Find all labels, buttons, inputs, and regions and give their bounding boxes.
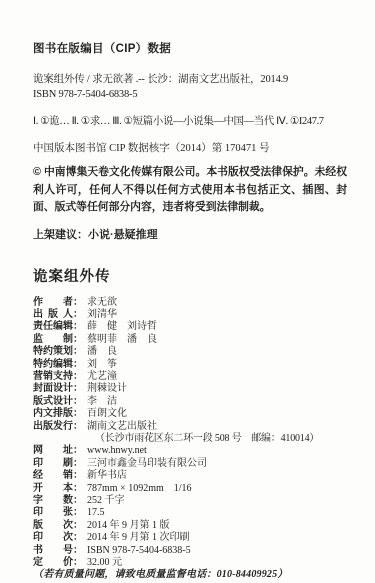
quality-hotline-note: （若有质量问题，请致电质量监督电话：010-84409925）	[33, 569, 347, 581]
colophon-value: 252 千字	[87, 495, 125, 506]
colophon-label: 印刷	[33, 458, 73, 470]
colophon-row-printer: 印刷：三河市鑫金马印装有限公司	[33, 458, 347, 470]
colophon-row-marketing: 营销支持：尤艺潼	[33, 371, 347, 383]
colophon-label: 出版人	[33, 309, 73, 321]
colophon-row-sheets: 印张：17.5	[33, 507, 347, 519]
colophon-value: 蔡明菲 潘 良	[87, 334, 157, 345]
colophon-value: 求无欲	[87, 297, 117, 308]
colophon-row-publisher: 出版发行：湖南文艺出版社	[33, 421, 347, 433]
colophon-value: 787mm × 1092mm 1/16	[87, 483, 192, 494]
colon: ：	[73, 483, 83, 494]
colophon-label: 书号	[33, 545, 73, 557]
colophon-value: 李 洁	[87, 396, 117, 407]
colophon-row-layout-design: 版式设计：李 洁	[33, 396, 347, 408]
cip-isbn-line: ISBN 978-7-5404-6838-5	[33, 88, 347, 103]
colophon-label: 版次	[33, 520, 73, 532]
copyright-page: 图书在版编目（CIP）数据 诡案组外传 / 求无欲著 .-- 长沙：湖南文艺出版…	[0, 0, 375, 583]
colophon-value: 2014 年 9 月第 1 版	[87, 520, 170, 531]
colon: ：	[73, 297, 83, 308]
colophon-label: 印次	[33, 532, 73, 544]
colophon-value: www.hnwy.net	[87, 445, 147, 456]
colophon-label: 出版发行	[33, 421, 73, 433]
colophon-row-cover-design: 封面设计：荆棘设计	[33, 383, 347, 395]
colophon-label: 特约策划	[33, 346, 73, 358]
colon: ：	[73, 445, 83, 456]
colon: ：	[73, 557, 83, 568]
colophon-value: 薛 健 刘诗哲	[87, 321, 157, 332]
colophon-value: ISBN 978-7-5404-6838-5	[87, 545, 191, 556]
book-title: 诡案组外传	[33, 265, 347, 286]
colophon-value: 17.5	[87, 507, 105, 518]
colophon-row-isbn: 书号：ISBN 978-7-5404-6838-5	[33, 545, 347, 557]
colophon-value: 潘 良	[87, 346, 117, 357]
colophon: 作者：求无欲 出版人：刘清华 责任编辑：薛 健 刘诗哲 监制：蔡明菲 潘 良 特…	[33, 297, 347, 582]
colon: ：	[73, 371, 83, 382]
colophon-row-typesetting: 内文排版：百朗文化	[33, 408, 347, 420]
colon: ：	[73, 520, 83, 531]
colon: ：	[73, 334, 83, 345]
colon: ：	[73, 421, 83, 432]
colophon-label: 版式设计	[33, 396, 73, 408]
colophon-value: 2014 年 9 月第 1 次印刷	[87, 532, 190, 543]
colophon-row-format: 开本：787mm × 1092mm 1/16	[33, 483, 347, 495]
colophon-label: 监制	[33, 334, 73, 346]
colophon-row-word-count: 字数：252 千字	[33, 495, 347, 507]
cip-entry-line: 诡案组外传 / 求无欲著 .-- 长沙：湖南文艺出版社，2014.9	[33, 73, 347, 88]
colophon-label: 作者	[33, 297, 73, 309]
colophon-row-publisher-person: 出版人：刘清华	[33, 309, 347, 321]
publisher-address: （长沙市雨花区东二环一段 508 号 邮编：410014）	[33, 433, 347, 445]
colophon-row-author: 作者：求无欲	[33, 297, 347, 309]
colophon-value: 湖南文艺出版社	[87, 421, 157, 432]
colon: ：	[73, 545, 83, 556]
colophon-row-printing: 印次：2014 年 9 月第 1 次印刷	[33, 532, 347, 544]
colophon-label: 网址	[33, 445, 73, 457]
colon: ：	[73, 507, 83, 518]
shelf-suggestion: 上架建议：小说·悬疑推理	[33, 226, 347, 242]
colophon-row-price: 定价：32.00 元	[33, 557, 347, 569]
colophon-label: 定价	[33, 557, 73, 569]
cip-classification: Ⅰ. ①诡… Ⅱ. ①求… Ⅲ. ①短篇小说—小说集—中国—当代 Ⅳ. ①I24…	[33, 113, 347, 128]
colon: ：	[73, 383, 83, 394]
colophon-row-special-editor: 特约编辑：刘 筝	[33, 359, 347, 371]
colophon-row-supervisor: 监制：蔡明菲 潘 良	[33, 334, 347, 346]
colophon-row-editor: 责任编辑：薛 健 刘诗哲	[33, 321, 347, 333]
colon: ：	[73, 408, 83, 419]
colophon-value: 刘清华	[87, 309, 117, 320]
colophon-label: 封面设计	[33, 383, 73, 395]
colon: ：	[73, 309, 83, 320]
colophon-value: 新华书店	[87, 470, 127, 481]
colophon-label: 特约编辑	[33, 359, 73, 371]
colophon-label: 开本	[33, 483, 73, 495]
colophon-row-edition: 版次：2014 年 9 月第 1 版	[33, 520, 347, 532]
colophon-value: 尤艺潼	[87, 371, 117, 382]
colon: ：	[73, 532, 83, 543]
colophon-label: 责任编辑	[33, 321, 73, 333]
colophon-label: 内文排版	[33, 408, 73, 420]
colophon-row-distributor: 经销：新华书店	[33, 470, 347, 482]
colophon-value: 刘 筝	[87, 359, 117, 370]
copyright-notice: © 中南博集天卷文化传媒有限公司。本书版权受法律保护。未经权利人许可，任何人不得…	[33, 164, 347, 217]
colophon-label: 经销	[33, 470, 73, 482]
colophon-row-special-planner: 特约策划：潘 良	[33, 346, 347, 358]
colon: ：	[73, 495, 83, 506]
cip-header: 图书在版编目（CIP）数据	[33, 40, 347, 56]
colon: ：	[73, 470, 83, 481]
colon: ：	[73, 359, 83, 370]
colon: ：	[73, 346, 83, 357]
colon: ：	[73, 458, 83, 469]
colon: ：	[73, 321, 83, 332]
colophon-value: 32.00 元	[87, 557, 122, 568]
cip-record-number: 中国版本图书馆 CIP 数据核字（2014）第 170471 号	[33, 140, 347, 155]
colophon-label: 印张	[33, 507, 73, 519]
colophon-label: 字数	[33, 495, 73, 507]
colophon-value: 百朗文化	[87, 408, 127, 419]
colophon-value: 荆棘设计	[87, 383, 127, 394]
colophon-label: 营销支持	[33, 371, 73, 383]
colophon-value: 三河市鑫金马印装有限公司	[87, 458, 207, 469]
colon: ：	[73, 396, 83, 407]
colophon-row-website: 网址：www.hnwy.net	[33, 445, 347, 457]
